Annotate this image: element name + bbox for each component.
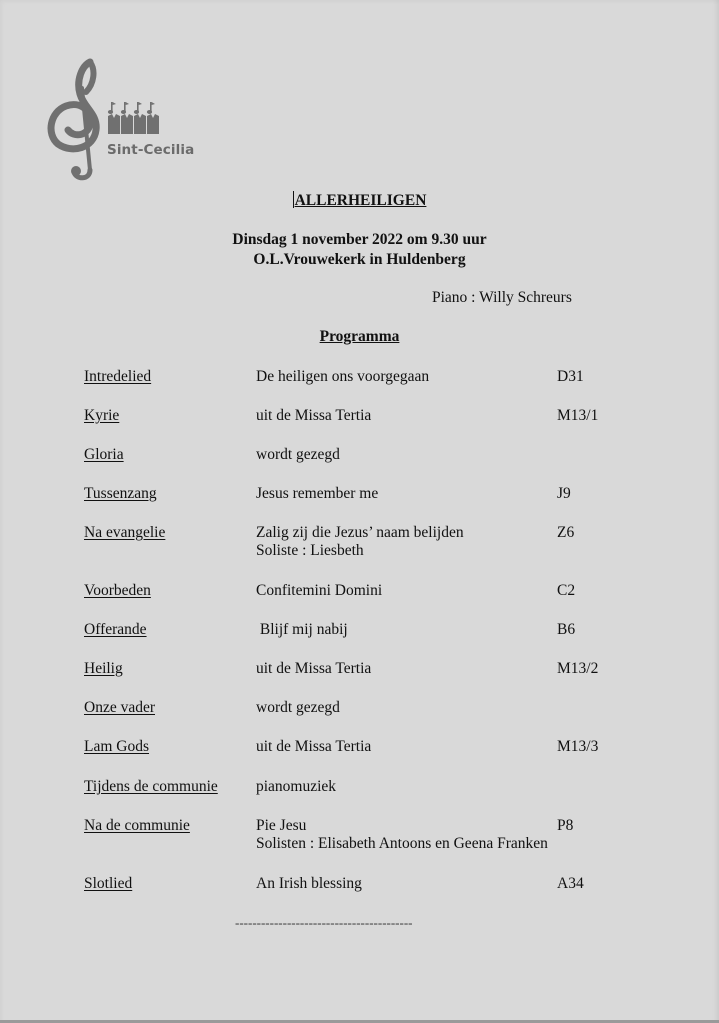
liturgy-part: Na evangelie bbox=[84, 524, 165, 542]
piece-title: Jesus remember me bbox=[256, 485, 378, 503]
liturgy-part: Tussenzang bbox=[84, 485, 157, 503]
location-line: O.L.Vrouwekerk in Huldenberg bbox=[0, 251, 719, 269]
piece-name: Confitemini Domini bbox=[256, 582, 382, 599]
liturgy-part: Gloria bbox=[84, 446, 124, 464]
soloist-note: Solisten : Elisabeth Antoons en Geena Fr… bbox=[256, 835, 548, 852]
piece-name: De heiligen ons voorgegaan bbox=[256, 368, 429, 385]
piece-name: wordt gezegd bbox=[256, 699, 340, 716]
date-line: Dinsdag 1 november 2022 om 9.30 uur bbox=[0, 231, 719, 249]
liturgy-part: Kyrie bbox=[84, 407, 119, 425]
liturgy-part: Heilig bbox=[84, 660, 123, 678]
piece-name: An Irish blessing bbox=[256, 875, 362, 892]
piece-name: Zalig zij die Jezus’ naam belijden bbox=[256, 524, 464, 541]
document-page: Sint-Cecilia ALLERHEILIGEN Dinsdag 1 nov… bbox=[0, 0, 719, 1023]
liturgy-part: Offerande bbox=[84, 621, 147, 639]
liturgy-part: Voorbeden bbox=[84, 582, 151, 600]
piece-title: uit de Missa Tertia bbox=[256, 738, 371, 756]
song-code: A34 bbox=[557, 875, 584, 893]
piece-name: Jesus remember me bbox=[256, 485, 378, 502]
piece-title: Blijf mij nabij bbox=[256, 621, 348, 639]
treble-clef-choir-icon bbox=[46, 58, 196, 182]
song-code: D31 bbox=[557, 368, 584, 386]
piece-name: pianomuziek bbox=[256, 778, 336, 795]
liturgy-part: Intredelied bbox=[84, 368, 151, 386]
logo-text: Sint-Cecilia bbox=[107, 142, 194, 158]
piece-name: uit de Missa Tertia bbox=[256, 738, 371, 755]
piece-title: wordt gezegd bbox=[256, 446, 340, 464]
liturgy-part: Na de communie bbox=[84, 817, 190, 835]
piece-title: uit de Missa Tertia bbox=[256, 660, 371, 678]
soloist-note: Soliste : Liesbeth bbox=[256, 542, 364, 559]
liturgy-part: Slotlied bbox=[84, 875, 132, 893]
piece-name: Blijf mij nabij bbox=[256, 621, 348, 638]
text-cursor bbox=[293, 191, 294, 208]
program-heading: Programma bbox=[0, 328, 719, 346]
separator-line: ----------------------------------------… bbox=[235, 915, 413, 931]
piece-title: De heiligen ons voorgegaan bbox=[256, 368, 429, 386]
piece-title: pianomuziek bbox=[256, 778, 336, 796]
song-code: M13/1 bbox=[557, 407, 598, 425]
piece-title: An Irish blessing bbox=[256, 875, 362, 893]
piano-credit: Piano : Willy Schreurs bbox=[432, 289, 572, 307]
piece-title: Pie JesuSolisten : Elisabeth Antoons en … bbox=[256, 817, 548, 853]
piece-name: Pie Jesu bbox=[256, 817, 306, 834]
song-code: C2 bbox=[557, 582, 575, 600]
liturgy-part: Lam Gods bbox=[84, 738, 149, 756]
title-text: ALLERHEILIGEN bbox=[295, 192, 427, 209]
piece-title: Confitemini Domini bbox=[256, 582, 382, 600]
song-code: B6 bbox=[557, 621, 575, 639]
piece-name: uit de Missa Tertia bbox=[256, 660, 371, 677]
piece-title: wordt gezegd bbox=[256, 699, 340, 717]
song-code: J9 bbox=[557, 485, 571, 503]
piece-name: uit de Missa Tertia bbox=[256, 407, 371, 424]
song-code: P8 bbox=[557, 817, 573, 835]
document-title: ALLERHEILIGEN bbox=[0, 191, 719, 210]
piece-name: wordt gezegd bbox=[256, 446, 340, 463]
song-code: Z6 bbox=[557, 524, 574, 542]
sint-cecilia-logo bbox=[46, 58, 196, 182]
song-code: M13/2 bbox=[557, 660, 598, 678]
piece-title: Zalig zij die Jezus’ naam belijdenSolist… bbox=[256, 524, 464, 560]
piece-title: uit de Missa Tertia bbox=[256, 407, 371, 425]
liturgy-part: Tijdens de communie bbox=[84, 778, 218, 796]
liturgy-part: Onze vader bbox=[84, 699, 155, 717]
song-code: M13/3 bbox=[557, 738, 598, 756]
